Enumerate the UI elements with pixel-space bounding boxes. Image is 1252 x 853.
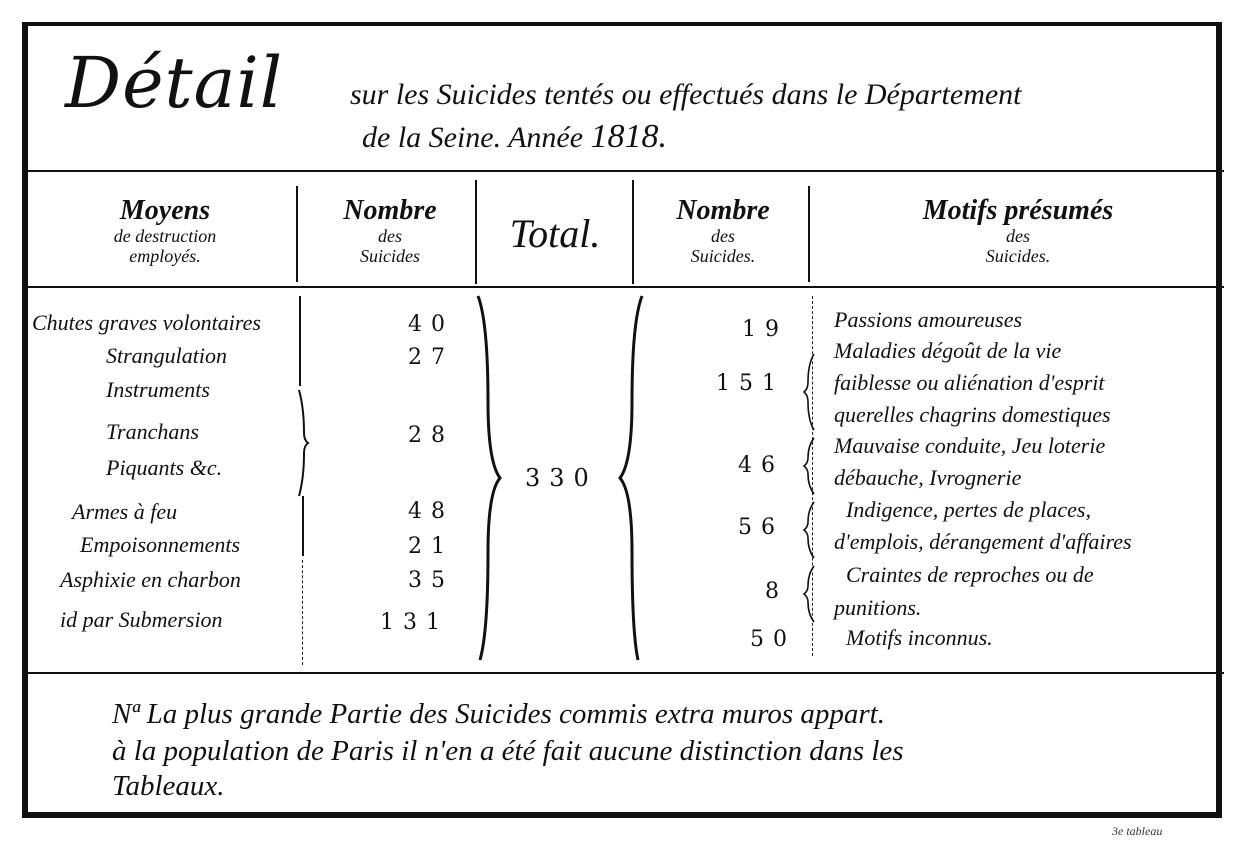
motive-line: Craintes de reproches ou de <box>846 563 1094 587</box>
body-divider-1b <box>302 496 304 556</box>
motive-brace <box>802 436 816 496</box>
means-label: Strangulation <box>106 344 227 368</box>
header-means: Moyens de destruction employés. <box>40 196 290 266</box>
motive-brace <box>802 500 816 560</box>
header-motives: Motifs présumés des Suicides. <box>818 196 1218 266</box>
means-label: id par Submersion <box>60 608 223 632</box>
motive-count: 151 <box>716 372 785 396</box>
total-value: 330 <box>525 466 598 490</box>
header-total: Total. <box>478 212 632 256</box>
means-label: Piquants &c. <box>106 456 222 480</box>
header-count-motives: Nombre des Suicides. <box>638 196 808 266</box>
motive-line: querelles chagrins domestiques <box>834 403 1111 427</box>
header-divider <box>26 286 1224 288</box>
means-count: 27 <box>408 346 454 370</box>
footnote-line-2: à la population de Paris il n'en a été f… <box>112 735 904 768</box>
motive-line: d'emplois, dérangement d'affaires <box>834 530 1132 554</box>
total-brace-right <box>618 292 648 664</box>
title-line2: de la Seine. Année 1818. <box>362 118 667 156</box>
means-count: 21 <box>408 535 454 559</box>
motive-line: Passions amoureuses <box>834 308 1022 332</box>
header-count-means: Nombre des Suicides <box>305 196 475 266</box>
means-count: 40 <box>408 313 454 337</box>
title-rest: sur les Suicides tentés ou effectués dan… <box>350 78 1022 112</box>
means-label: Armes à feu <box>72 500 177 524</box>
means-count: 131 <box>380 611 449 635</box>
motive-count: 56 <box>738 516 784 540</box>
document-title: Détail sur les Suicides tentés ou effect… <box>60 40 1210 160</box>
means-label: Instruments <box>106 378 210 402</box>
page-stamp: 3e tableau <box>1112 824 1162 839</box>
col-divider-2 <box>475 180 477 284</box>
motive-line: faiblesse ou aliénation d'esprit <box>834 371 1105 395</box>
means-brace <box>296 388 310 498</box>
title-lead: Détail <box>65 42 283 124</box>
body-divider-1a <box>299 296 301 386</box>
motive-brace <box>802 564 816 624</box>
total-brace-left <box>474 292 504 664</box>
col-divider-3 <box>632 180 634 284</box>
footer-divider <box>26 672 1224 674</box>
means-label: Asphixie en charbon <box>60 568 241 592</box>
title-divider <box>26 170 1224 172</box>
motive-line: Maladies dégoût de la vie <box>834 339 1061 363</box>
motive-brace <box>802 352 816 432</box>
motive-count: 50 <box>750 628 796 652</box>
means-label: Tranchans <box>106 420 199 444</box>
motive-line: punitions. <box>834 596 921 620</box>
means-label: Empoisonnements <box>80 533 240 557</box>
title-year: 1818. <box>591 118 668 155</box>
col-divider-4 <box>808 186 810 282</box>
motive-count: 46 <box>738 454 784 478</box>
motive-count: 8 <box>765 580 788 604</box>
means-count: 28 <box>408 424 454 448</box>
footnote-line-1: Nª La plus grande Partie des Suicides co… <box>112 698 885 731</box>
motive-line: Motifs inconnus. <box>846 626 993 650</box>
means-count: 35 <box>408 569 454 593</box>
motive-line: Mauvaise conduite, Jeu loterie <box>834 434 1105 458</box>
footnote-line-3: Tableaux. <box>112 770 225 803</box>
means-count: 48 <box>408 500 454 524</box>
motive-line: débauche, Ivrognerie <box>834 466 1021 490</box>
col-divider-1 <box>296 186 298 282</box>
motive-count: 19 <box>742 318 788 342</box>
motive-line: Indigence, pertes de places, <box>846 498 1091 522</box>
body-divider-1c <box>302 560 303 665</box>
means-label: Chutes graves volontaires <box>32 311 261 335</box>
